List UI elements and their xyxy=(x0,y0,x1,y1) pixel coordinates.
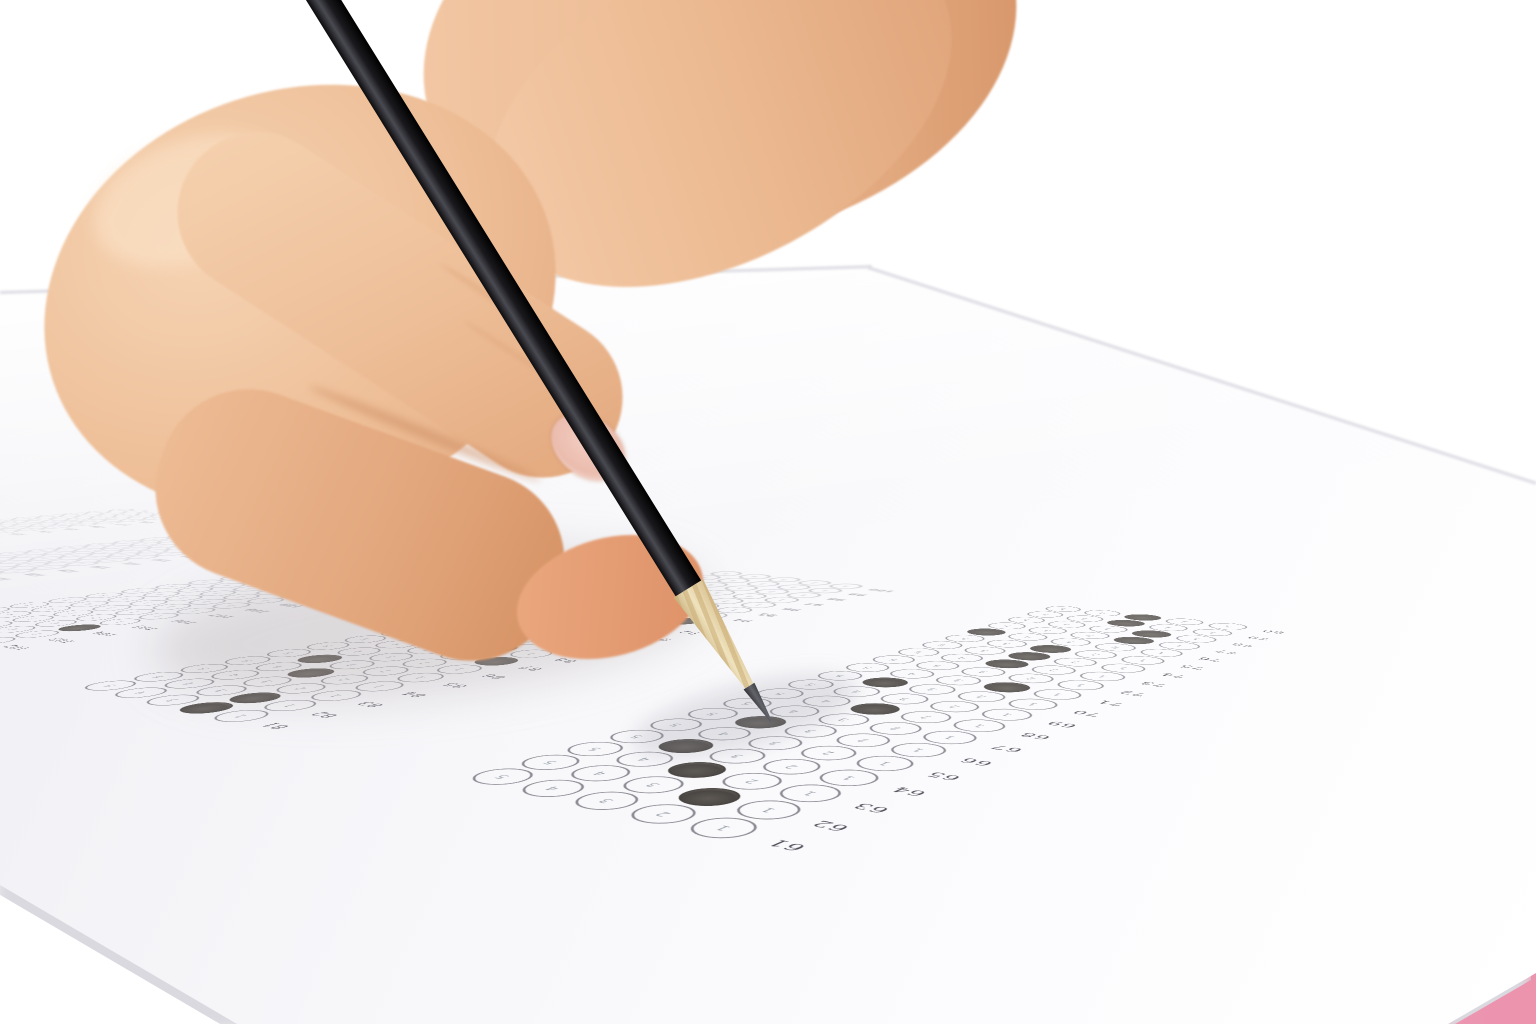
question-number: 81 xyxy=(255,721,330,738)
photo-scene: 6112345621234563123456412345651234566123… xyxy=(0,0,1536,1024)
question-number: 101 xyxy=(0,651,5,662)
pink-accessory xyxy=(226,26,268,64)
question-number: 127 xyxy=(0,577,27,583)
question-number: 152 xyxy=(0,536,12,540)
